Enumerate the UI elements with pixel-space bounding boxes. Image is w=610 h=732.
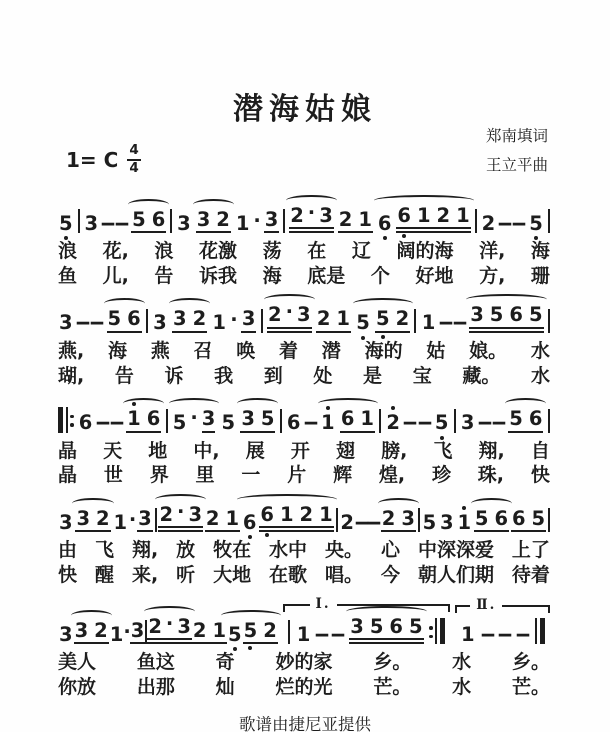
lyric-syllable: 召 <box>194 340 213 363</box>
note-digit: 3 <box>131 621 145 641</box>
note-text: 3 <box>197 208 211 231</box>
lyric-syllable: 展 <box>246 440 265 463</box>
lyrics-row-2: 晶世界里一片辉煌,珍珠,快 <box>58 464 550 487</box>
note-text: - <box>302 413 319 433</box>
lyric-syllable: 央。 <box>325 539 363 562</box>
note-text: 2 <box>382 507 396 530</box>
note-text: 5 <box>475 507 489 530</box>
note-text: 3 <box>153 311 167 334</box>
note-digit: 3 <box>470 305 484 325</box>
lyric-syllable: 是 <box>363 365 382 388</box>
note-text: 1 <box>461 623 475 646</box>
lyric-syllable: 膀, <box>381 440 407 463</box>
note-text: 2 <box>216 208 230 231</box>
note-group: 21 <box>192 621 227 645</box>
note-digit: 3 <box>84 214 98 234</box>
note-group: 2 <box>481 214 497 234</box>
note-text: 3 <box>401 507 415 530</box>
dash-extension: - <box>118 214 126 234</box>
note-text: 6 <box>509 303 523 326</box>
thick-bar <box>440 618 445 644</box>
composer-credit: 王立平曲 <box>486 151 548 180</box>
note-group: - <box>500 214 510 234</box>
note-group: 5 <box>355 313 371 333</box>
note-digit: 1 <box>319 505 333 525</box>
note-digit: 6 <box>495 509 509 529</box>
octave-dot-low-icon <box>64 236 68 240</box>
repeat-start-barline <box>58 407 74 433</box>
octave-dot-low-icon <box>440 436 444 440</box>
lyric-syllable: 我 <box>214 365 233 388</box>
note-text: 1 <box>358 208 372 231</box>
octave-dot-low-icon <box>381 335 385 339</box>
barline <box>548 508 550 532</box>
lyric-syllable: 处 <box>313 365 332 388</box>
meta-row: 1= C 4 4 郑南填词 王立平曲 <box>66 122 548 179</box>
augmentation-dot: · <box>166 614 173 634</box>
note-text: 1 <box>110 623 124 646</box>
lyric-syllable: 水中 <box>269 539 307 562</box>
note-digit: 3 <box>461 413 475 433</box>
note-digit: 2 <box>339 210 353 230</box>
key-signature: 1= C 4 4 <box>66 143 141 176</box>
note-group: - <box>98 413 108 433</box>
note-digit: 5 <box>222 413 236 433</box>
note-digit: 5 <box>435 413 449 433</box>
note-group: 1 <box>456 513 472 533</box>
note-group: 65 <box>511 509 546 533</box>
note-text: 5 <box>356 311 370 334</box>
note-digit: 3 <box>177 214 191 234</box>
note-group: - <box>112 413 122 433</box>
dash-extension: - <box>484 625 492 645</box>
barline <box>475 209 477 233</box>
note-text: · <box>286 300 293 323</box>
note-digit: 2 <box>437 206 451 226</box>
score-line: 3--563321·32·3215521--3565燕,海燕召唤着潜海的姑娘。水… <box>58 292 550 388</box>
lyric-syllable: 在 <box>307 240 326 263</box>
thin-bar <box>535 618 537 644</box>
note-text: 5 <box>244 619 258 642</box>
lyric-syllable: 煌, <box>379 464 405 487</box>
note-text: 6 <box>147 407 161 430</box>
note-group: 3 <box>460 413 476 433</box>
lyric-syllable: 烂的光 <box>275 676 332 699</box>
lyric-syllable: 飞 <box>433 440 452 463</box>
lyric-syllable: 大地 <box>213 564 251 587</box>
octave-dot-low-icon <box>361 336 365 340</box>
note-text: · <box>230 308 237 331</box>
lyrics-row-1: 美人鱼这奇妙的家乡。水乡。 <box>58 651 550 674</box>
thin-bar <box>66 407 68 433</box>
repeat-dots-icon <box>429 620 433 644</box>
note-digit: 1 <box>280 505 294 525</box>
note-group: 21 <box>338 210 373 234</box>
dash-extension: - <box>93 313 101 333</box>
note-digit: 1 <box>456 206 470 226</box>
note-digit: 5 <box>490 305 504 325</box>
note-digit: 1 <box>336 309 350 329</box>
note-digit: 6 <box>512 509 526 529</box>
note-text: 3 <box>138 507 152 530</box>
octave-dot-low-icon <box>534 236 538 240</box>
note-digit: 5 <box>261 409 275 429</box>
dash-extension: - <box>307 413 315 433</box>
dash-extension: - <box>370 513 378 533</box>
note-digit: 5 <box>228 625 242 645</box>
note-digit: 6 <box>243 513 257 533</box>
note-digit: 1 <box>297 625 311 645</box>
note-group: 32 <box>75 509 110 533</box>
thin-bar <box>435 618 437 644</box>
note-text: 6 <box>260 503 274 526</box>
note-digit: 5 <box>108 309 122 329</box>
lyric-syllable: 个 <box>371 265 390 288</box>
lyric-syllable: 开 <box>291 440 310 463</box>
note-text: 2 <box>193 307 207 330</box>
note-group: 5 <box>58 214 74 234</box>
note-group: 1 <box>235 214 251 234</box>
note-digit: 3 <box>153 313 167 333</box>
note-text: 2 <box>290 204 304 227</box>
key-label: 1= C <box>66 148 118 172</box>
lyric-syllable: 藏。 <box>462 365 500 388</box>
note-group: 6 <box>78 413 94 433</box>
note-text: 3 <box>84 212 98 235</box>
note-text: 2 <box>193 619 207 642</box>
note-group: - <box>317 625 327 645</box>
note-digit: 5 <box>59 214 73 234</box>
note-digit: 2 <box>263 621 277 641</box>
note-text: 3 <box>470 303 484 326</box>
volta-label: Ⅰ. <box>310 596 337 612</box>
lyric-syllable: 奇 <box>216 651 235 674</box>
lyric-syllable: 浪 <box>154 240 173 263</box>
note-text: - <box>114 214 131 234</box>
note-group: 6 <box>242 513 258 533</box>
lyric-syllable: 水 <box>452 676 471 699</box>
lyric-syllable: 珍 <box>432 464 451 487</box>
lyric-syllable: 唱。 <box>325 564 363 587</box>
note-group: 5 <box>221 413 237 433</box>
dash-extension: - <box>104 214 112 234</box>
note-text: 6 <box>389 615 403 638</box>
note-digit: 1 <box>417 206 431 226</box>
lyric-syllable: 今 <box>381 564 400 587</box>
note-text: 1 <box>456 204 470 227</box>
note-text: 5 <box>529 212 543 235</box>
lyric-syllable: 海 <box>531 240 550 263</box>
note-digit: 3 <box>350 617 364 637</box>
note-digit: 3 <box>241 409 255 429</box>
note-digit: 5 <box>475 509 489 529</box>
time-signature-numerator: 4 <box>127 143 140 161</box>
lyrics-row-2: 瑚,告诉我到处是宝藏。水 <box>58 365 550 388</box>
dash-extension: - <box>442 313 450 333</box>
note-text: 6 <box>397 204 411 227</box>
note-group: - <box>518 625 528 645</box>
note-text: 1 <box>321 411 335 434</box>
note-text: · <box>177 500 184 523</box>
note-group: 6121 <box>396 206 470 234</box>
note-digit: 2 <box>382 509 396 529</box>
note-digit: 6 <box>378 214 392 234</box>
note-group: 3 <box>58 513 74 533</box>
lyric-syllable: 待着 <box>512 564 550 587</box>
lyric-syllable: 好地 <box>415 265 453 288</box>
barline <box>454 409 456 433</box>
note-digit: 1 <box>236 214 250 234</box>
note-group: 6 <box>377 214 393 234</box>
note-group: 1 <box>296 625 312 645</box>
note-text: 2 <box>396 307 410 330</box>
note-text: 3 <box>350 615 364 638</box>
note-digit: 2 <box>96 509 110 529</box>
octave-dot-low-icon <box>265 533 269 537</box>
note-text: 3 <box>265 208 279 231</box>
volta-label: Ⅱ. <box>470 597 502 613</box>
note-text: 2 <box>300 503 314 526</box>
dash-extension: - <box>481 413 489 433</box>
barline <box>155 508 157 532</box>
note-text: 6 <box>512 507 526 530</box>
lyric-syllable: 花, <box>103 240 129 263</box>
lyric-syllable: 界 <box>150 464 169 487</box>
note-text: · <box>308 201 315 224</box>
note-digit: 2 <box>482 214 496 234</box>
augmentation-dot: · <box>308 203 315 223</box>
lyric-syllable: 娘。 <box>469 340 507 363</box>
note-group: 56 <box>508 409 543 433</box>
repeat-dot-icon <box>70 423 74 427</box>
lyric-syllable: 瑚, <box>58 365 84 388</box>
note-text: 5 <box>529 303 543 326</box>
lyric-syllable: 牧在 <box>213 539 251 562</box>
note-digit: 2 <box>216 210 230 230</box>
barline <box>414 309 416 333</box>
note-group: 21 <box>316 309 351 333</box>
lyric-syllable: 花激 <box>199 240 237 263</box>
note-text: 2 <box>437 204 451 227</box>
note-group: 5 <box>528 214 544 234</box>
dash-extension: - <box>79 313 87 333</box>
note-text: 2 <box>339 208 353 231</box>
barline <box>418 508 420 532</box>
note-group: 3 <box>241 309 257 333</box>
note-text: 2 <box>386 411 400 434</box>
note-digit: 5 <box>370 617 384 637</box>
lyric-syllable: 你放 <box>58 676 96 699</box>
note-text: 1 <box>360 407 374 430</box>
lyric-syllable: 天 <box>103 440 122 463</box>
time-signature-denominator: 4 <box>129 161 138 177</box>
lyric-syllable: 鱼 <box>58 265 77 288</box>
note-text: 5 <box>490 303 504 326</box>
note-group: 3 <box>176 214 192 234</box>
note-digit: 3 <box>202 409 216 433</box>
note-digit: 2 <box>193 621 207 641</box>
note-digit: 2 <box>386 413 400 433</box>
note-text: 5 <box>108 307 122 330</box>
note-group: 2 <box>385 413 401 433</box>
note-group: 5 <box>227 625 243 645</box>
notation-row: 3321·32·321661212--235315665 <box>58 491 550 534</box>
note-group: 23 <box>381 509 416 533</box>
note-digit: 3 <box>242 309 256 329</box>
note-group: 3 <box>264 210 280 234</box>
note-text: 3 <box>241 407 255 430</box>
note-text: 6 <box>378 212 392 235</box>
note-digit: 5 <box>132 210 146 230</box>
lyric-syllable: 海 <box>263 265 282 288</box>
note-group: - <box>333 625 343 645</box>
note-text: 1 <box>457 511 471 534</box>
note-text: - <box>108 413 125 433</box>
note-group: 1 <box>460 625 476 645</box>
note-digit: 5 <box>409 617 423 637</box>
score-line: 3321·32·321661212--235315665由飞翔,放牧在水中央。心… <box>58 491 550 587</box>
dash-extension: - <box>515 214 523 234</box>
note-group: 3 <box>58 625 74 645</box>
lyric-syllable: 诉我 <box>199 265 237 288</box>
note-text: 1 <box>113 511 127 534</box>
octave-dot-low-icon <box>233 647 237 651</box>
note-text: - <box>314 625 331 645</box>
barline <box>280 409 282 433</box>
note-text: 5 <box>376 307 390 330</box>
note-text: 5 <box>59 212 73 235</box>
octave-dot-high-icon <box>462 506 466 510</box>
note-text: 1 <box>280 503 294 526</box>
note-text: 1 <box>225 507 239 530</box>
note-digit: 6 <box>529 409 543 429</box>
note-group: 3 <box>58 313 74 333</box>
note-text: 3 <box>131 619 145 642</box>
note-digit: 1 <box>212 313 226 333</box>
lyric-syllable: 来, <box>132 564 158 587</box>
note-text: 5 <box>423 511 437 534</box>
note-digit: 6 <box>152 210 166 230</box>
note-group: - <box>480 413 490 433</box>
note-text: 3 <box>59 311 73 334</box>
note-text: - <box>511 214 528 234</box>
note-group: 1 <box>421 313 437 333</box>
note-digit: 6 <box>389 617 403 637</box>
note-digit: 3 <box>59 625 73 645</box>
note-text: 6 <box>529 407 543 430</box>
note-digit: 2 <box>148 617 162 637</box>
barline <box>166 409 168 433</box>
note-digit: 5 <box>423 513 437 533</box>
note-group: 52 <box>375 309 410 333</box>
lyric-syllable: 听 <box>176 564 195 587</box>
lyric-syllable: 世 <box>104 464 123 487</box>
note-text: 2 <box>268 303 282 326</box>
lyric-syllable: 珊 <box>531 265 550 288</box>
lyric-syllable: 醒 <box>95 564 114 587</box>
thick-bar <box>540 618 545 644</box>
lyricist-credit: 郑南填词 <box>486 122 548 151</box>
note-group: - <box>306 413 316 433</box>
lyric-syllable: 潜 <box>322 340 341 363</box>
note-text: 3 <box>297 303 311 326</box>
note-group: 3 <box>130 621 146 645</box>
note-group: · <box>254 214 259 234</box>
thick-bar <box>58 407 63 433</box>
note-group: - <box>483 625 493 645</box>
lyric-syllable: 放 <box>176 539 195 562</box>
note-text: 2 <box>94 619 108 642</box>
note-digit: 3 <box>319 206 333 226</box>
octave-dot-low-icon <box>248 535 252 539</box>
note-digit: 6 <box>147 409 161 429</box>
score: 53--563321·32·321661212--5浪花,浪花激荡在辽阔的海洋,… <box>58 192 550 698</box>
lyric-syllable: 自 <box>531 440 550 463</box>
notation-row: 6--165·35356-1612--53--56 <box>58 392 550 435</box>
lyrics-row-2: 你放出那灿烂的光芒。水芒。 <box>58 676 550 699</box>
note-digit: 3 <box>188 505 202 525</box>
lyrics-row-2: 鱼儿,告诉我海底是个好地方,珊 <box>58 265 550 288</box>
lyrics-row-2: 快醒来,听大地在歌唱。今朝人们期待着 <box>58 564 550 587</box>
note-group: · <box>231 313 236 333</box>
note-text: 1 <box>417 204 431 227</box>
note-text: 2 <box>340 511 354 534</box>
note-group: 35 <box>240 409 275 433</box>
note-digit: 6 <box>397 206 411 226</box>
augmentation-dot: · <box>253 211 260 231</box>
note-text: 6 <box>287 411 301 434</box>
note-group: 21 <box>205 509 240 533</box>
note-text: - <box>491 413 508 433</box>
lyric-syllable: 晶 <box>58 440 77 463</box>
note-digit: 3 <box>138 509 152 529</box>
note-text: 1 <box>319 503 333 526</box>
barline <box>170 209 172 233</box>
note-text: 6 <box>127 307 141 330</box>
note-group: 32 <box>196 210 231 234</box>
note-digit: 3 <box>76 509 90 529</box>
score-line: 3321·32·321552Ⅰ.1--3565Ⅱ.1---美人鱼这奇妙的家乡。水… <box>58 591 550 699</box>
lyrics-row-1: 由飞翔,放牧在水中央。心中深深爱上了 <box>58 539 550 562</box>
lyric-syllable: 翔, <box>479 440 505 463</box>
dash-extension: - <box>99 413 107 433</box>
note-digit: 1 <box>360 409 374 429</box>
note-text: 1 <box>127 407 141 430</box>
volta-bracket: Ⅰ.1--3565 <box>283 604 450 645</box>
note-digit: 6 <box>287 413 301 433</box>
lyric-syllable: 海 <box>108 340 127 363</box>
note-group: - <box>514 214 524 234</box>
note-group: 3 <box>439 513 455 533</box>
note-text: · <box>166 612 173 635</box>
lyric-syllable: 乡。 <box>512 651 550 674</box>
dash-extension: - <box>334 625 342 645</box>
note-digit: 1 <box>113 513 127 533</box>
note-text: 2 <box>159 503 173 526</box>
lyric-syllable: 晶 <box>58 464 77 487</box>
note-group: - <box>420 413 430 433</box>
note-text: 1 <box>212 619 226 642</box>
octave-dot-high-icon <box>391 406 395 410</box>
note-digit: 1 <box>358 210 372 230</box>
note-group: 5 <box>422 513 438 533</box>
lyric-syllable: 燕, <box>58 340 84 363</box>
note-digit: 1 <box>457 513 471 533</box>
note-text: 5 <box>173 411 187 434</box>
octave-dot-low-icon <box>383 236 387 240</box>
note-group: - <box>117 214 127 234</box>
note-group: - <box>369 513 379 533</box>
